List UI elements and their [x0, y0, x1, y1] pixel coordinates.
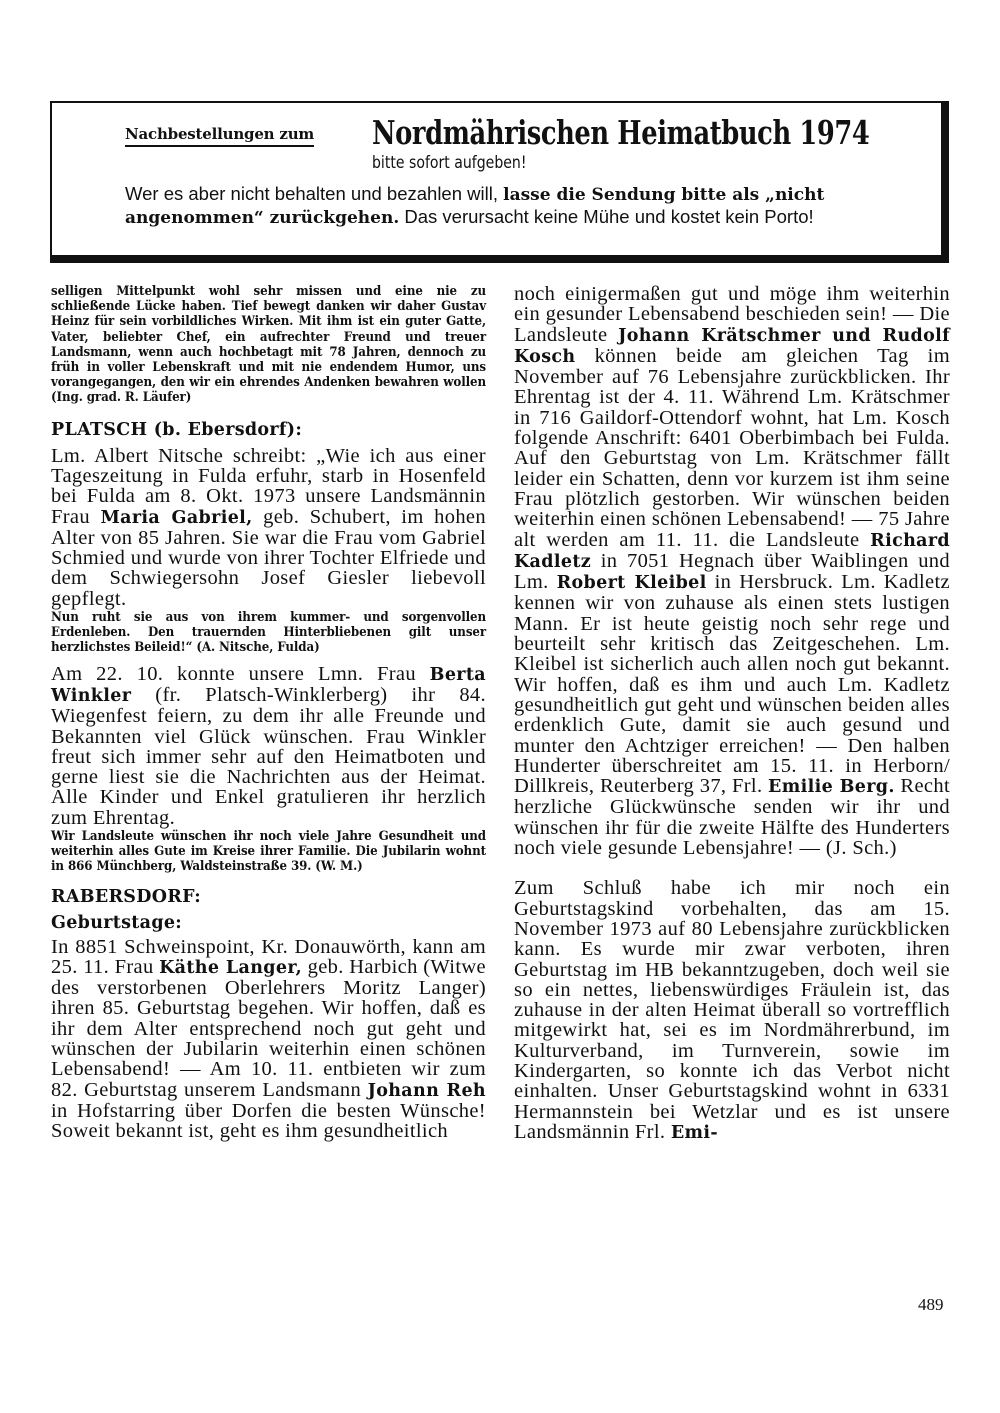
person-name: Käthe Langer,	[159, 958, 302, 978]
announcement-title: Nordmährischen Heimatbuch 1974	[372, 113, 869, 152]
section-heading-rabersdorf: RABERSDORF:	[51, 885, 486, 909]
person-name: Emi-	[671, 1123, 718, 1143]
person-name: Johann Reh	[368, 1081, 486, 1101]
text-run: in Hofstarring über Dorfen die besten Wü…	[51, 1100, 486, 1142]
platsch-paragraph-2: Am 22. 10. konnte unsere Lmn. Frau Berta…	[51, 664, 486, 828]
text-run: geb. Harbich (Witwe des verstorbenen Obe…	[51, 956, 486, 1101]
announcement-box: Nachbestellungen zum Nordmährischen Heim…	[50, 101, 949, 263]
text-run: Zum Schluß habe ich mir noch ein Geburts…	[514, 877, 950, 1143]
announcement-body-text-end: Das verursacht keine Mühe und kostet kei…	[399, 206, 813, 227]
text-run: Am 22. 10. konnte unsere Lmn. Frau	[51, 663, 430, 685]
spacer	[51, 875, 486, 885]
platsch-small-note-1: Nun ruht sie aus von ihrem kummer- und s…	[51, 610, 486, 656]
section-heading-platsch: PLATSCH (b. Ebersdorf):	[51, 418, 486, 442]
person-name: Robert Kleibel	[557, 573, 707, 593]
page-number: 489	[918, 1295, 944, 1315]
text-run: (fr. Platsch-Winklerberg) ihr 84. Wiegen…	[51, 684, 486, 829]
right-paragraph-2: Zum Schluß habe ich mir noch ein Geburts…	[514, 878, 950, 1143]
person-name: Maria Gabriel,	[100, 508, 252, 528]
text-run: in Hersbruck. Lm. Kadletz kennen wir von…	[514, 571, 950, 797]
right-column: noch einigermaßen gut und möge ihm weite…	[514, 284, 950, 1143]
document-page: Nachbestellungen zum Nordmährischen Heim…	[0, 0, 1000, 1413]
person-name: Emilie Berg.	[768, 777, 895, 797]
subheading-geburtstage: Geburtstage:	[51, 911, 486, 935]
left-column: selligen Mittelpunkt wohl sehr missen un…	[51, 284, 486, 1142]
spacer	[51, 406, 486, 418]
platsch-paragraph-1: Lm. Albert Nitsche schreibt: „Wie ich au…	[51, 446, 486, 609]
rabersdorf-paragraph: In 8851 Schweinspoint, Kr. Donauwörth, k…	[51, 937, 486, 1142]
announcement-subtitle: bitte sofort aufgeben!	[372, 153, 527, 173]
announcement-body-text: Wer es aber nicht behalten und bezahlen …	[125, 183, 503, 204]
platsch-small-note-2: Wir Landsleute wünschen ihr noch viele J…	[51, 829, 486, 875]
announcement-prelabel: Nachbestellungen zum	[125, 125, 314, 147]
announcement-body: Wer es aber nicht behalten und bezahlen …	[125, 183, 915, 229]
obituary-continuation: selligen Mittelpunkt wohl sehr missen un…	[51, 284, 486, 406]
spacer	[514, 858, 950, 878]
text-run: können beide am gleichen Tag im November…	[514, 345, 950, 551]
right-paragraph-1: noch einigermaßen gut und möge ihm weite…	[514, 284, 950, 858]
